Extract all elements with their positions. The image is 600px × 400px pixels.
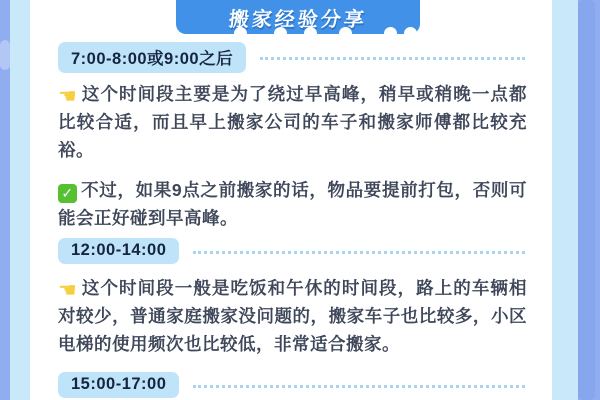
paragraph-2: ✓不过，如果9点之前搬家的话，物品要提前打包，否则可能会正好碰到早高峰。 xyxy=(58,176,527,232)
pointing-finger-icon: ☚ xyxy=(58,86,77,107)
pointing-finger-icon: ☚ xyxy=(58,280,77,301)
dotted-divider xyxy=(193,385,525,388)
moving-tips-poster: 搬家经验分享 7:00-8:00或9:00之后 ☚这个时间段主要是为了绕过早高峰… xyxy=(0,0,600,400)
dotted-divider xyxy=(260,57,525,60)
paragraph-1: ☚这个时间段主要是为了绕过早高峰，稍早或稍晚一点都比较合适，而且早上搬家公司的车… xyxy=(58,80,527,164)
time-badge-1: 7:00-8:00或9:00之后 xyxy=(58,42,246,73)
check-icon: ✓ xyxy=(58,184,77,203)
time-heading-row-1: 7:00-8:00或9:00之后 xyxy=(58,44,527,70)
paragraph-1-text: 这个时间段主要是为了绕过早高峰，稍早或稍晚一点都比较合适，而且早上搬家公司的车子… xyxy=(58,84,527,160)
time-heading-row-3: 15:00-17:00 xyxy=(58,372,527,398)
background-band xyxy=(578,0,595,400)
background-patch xyxy=(0,40,10,70)
card-content: 7:00-8:00或9:00之后 ☚这个时间段主要是为了绕过早高峰，稍早或稍晚一… xyxy=(30,0,552,400)
dotted-divider xyxy=(193,251,525,254)
time-badge-3: 15:00-17:00 xyxy=(58,372,179,398)
paragraph-2-text: 不过，如果9点之前搬家的话，物品要提前打包，否则可能会正好碰到早高峰。 xyxy=(58,180,527,228)
time-heading-row-2: 12:00-14:00 xyxy=(58,238,527,264)
paragraph-3: ☚这个时间段一般是吃饭和午休的时间段，路上的车辆相对较少，普通家庭搬家没问题的，… xyxy=(58,274,527,358)
time-badge-2: 12:00-14:00 xyxy=(58,238,179,264)
paragraph-3-text: 这个时间段一般是吃饭和午休的时间段，路上的车辆相对较少，普通家庭搬家没问题的，搬… xyxy=(58,278,527,354)
